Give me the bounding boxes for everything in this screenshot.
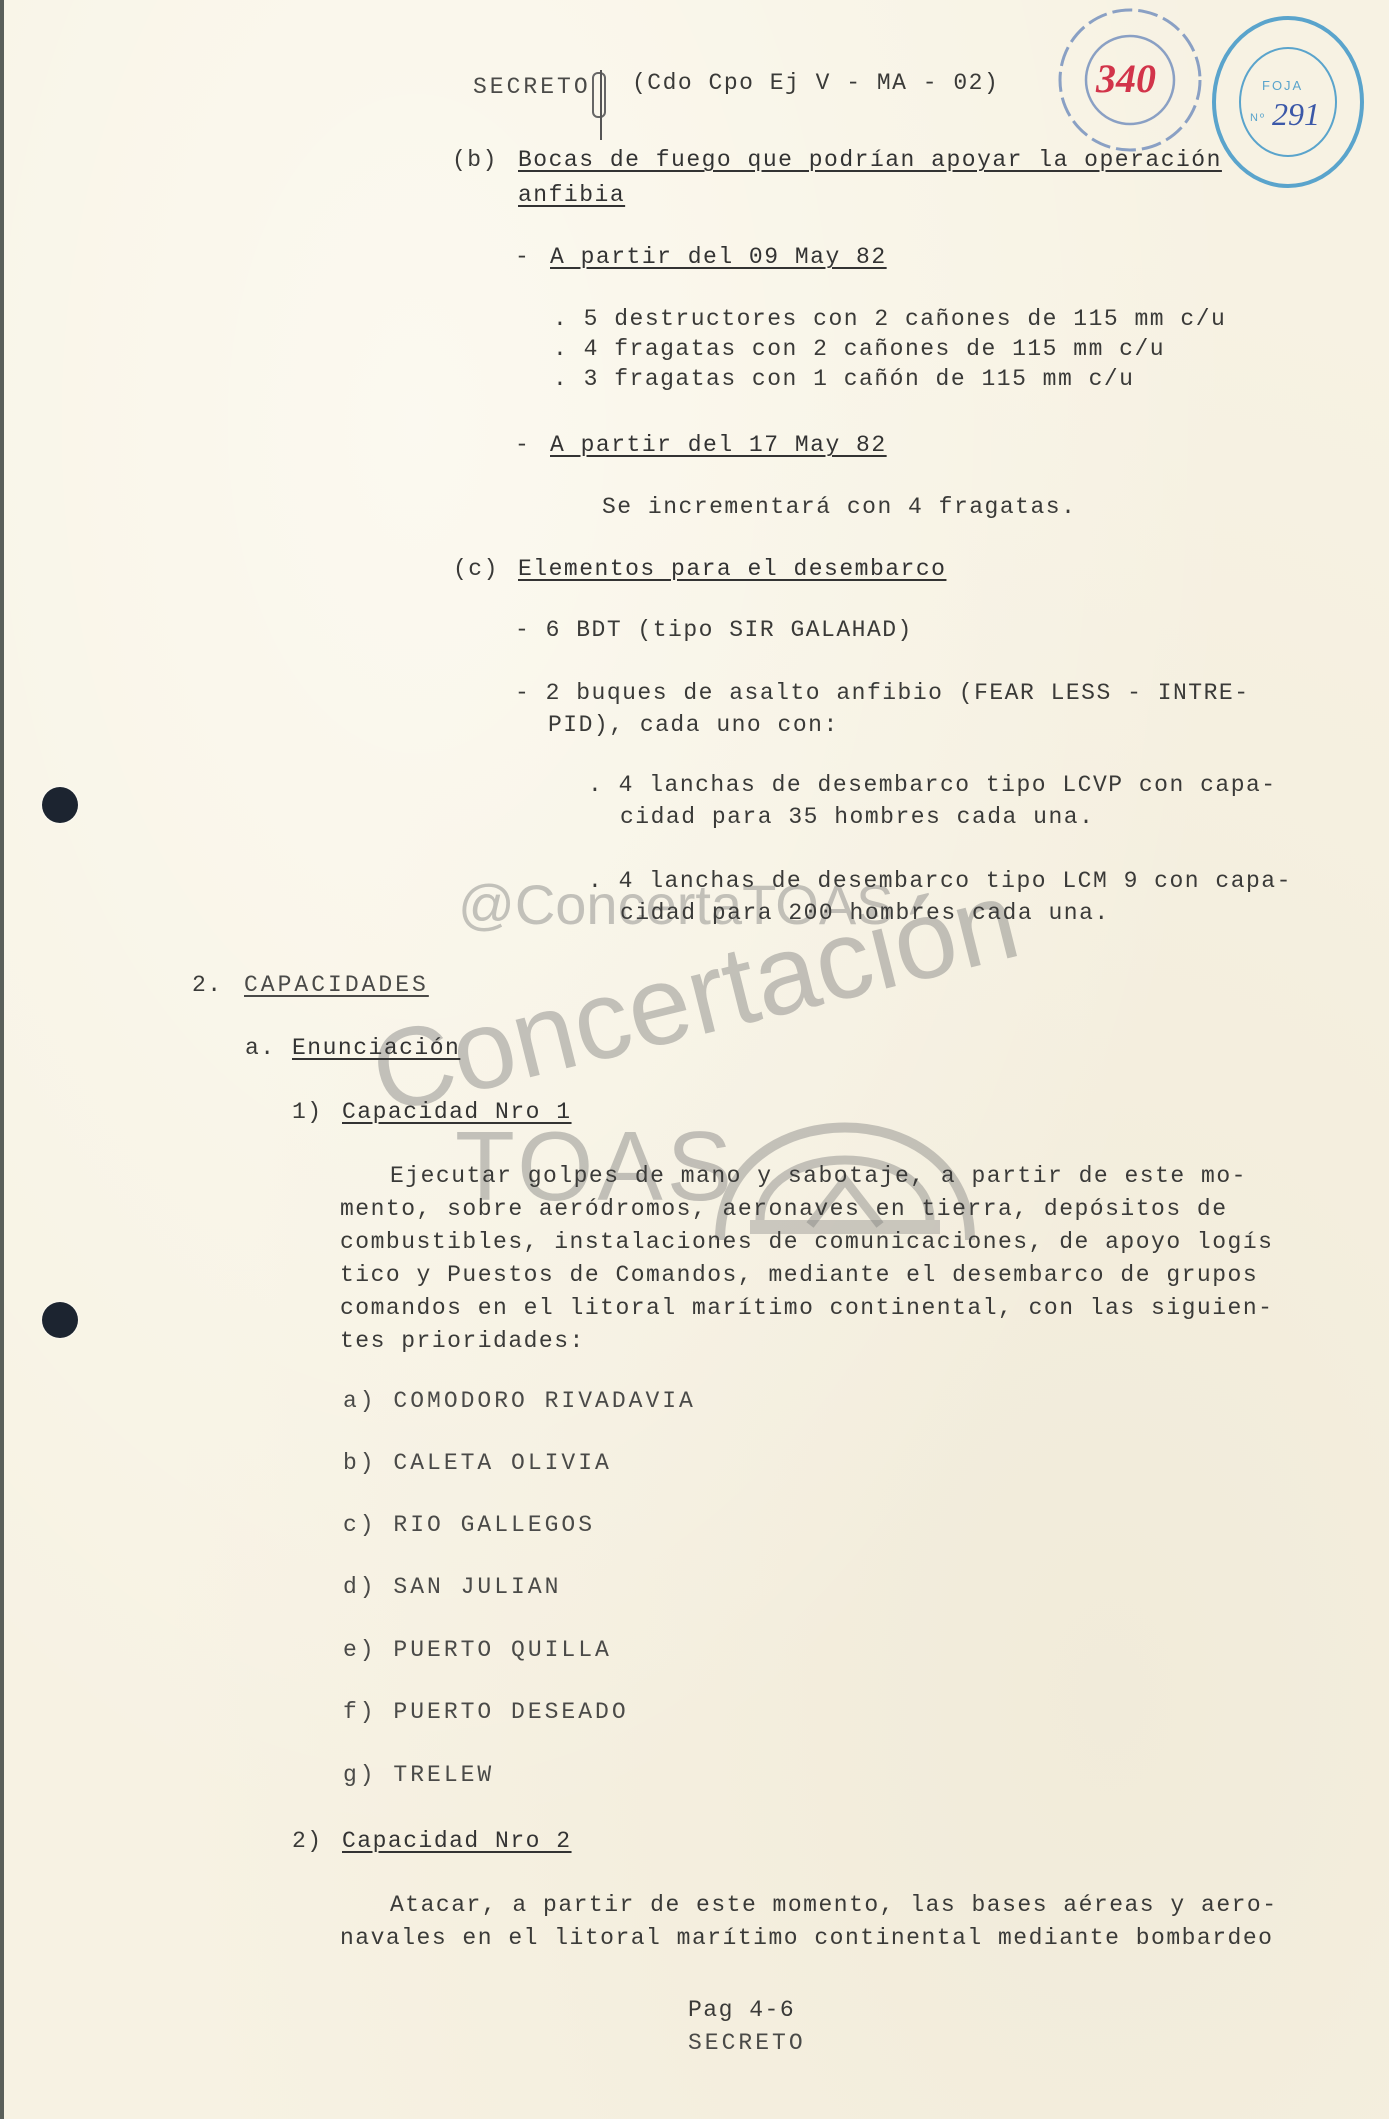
stamp-foja-label: FOJA: [1262, 78, 1303, 93]
section-c-label: (c): [453, 554, 499, 584]
landing-craft-item-cont: cidad para 35 hombres cada una.: [620, 802, 1094, 832]
stamp-red-number: 340: [1096, 55, 1156, 102]
priority-item: d) SAN JULIAN: [343, 1572, 561, 1602]
capacity1-paragraph-line: tico y Puestos de Comandos, mediante el …: [340, 1260, 1258, 1290]
capacity1-paragraph-line: mento, sobre aeródromos, aeronaves en ti…: [340, 1194, 1228, 1224]
capacity2-paragraph-line: Atacar, a partir de este momento, las ba…: [390, 1890, 1278, 1920]
page-number: Pag 4-6: [688, 1995, 795, 2025]
landing-craft-item: . 4 lanchas de desembarco tipo LCVP con …: [588, 770, 1277, 800]
section-2-title: CAPACIDADES: [244, 970, 429, 1000]
capacity2-title: Capacidad Nro 2: [342, 1826, 572, 1856]
page-edge: [0, 0, 4, 2119]
priority-item: e) PUERTO QUILLA: [343, 1635, 612, 1665]
section-2a-title: Enunciación: [292, 1033, 460, 1063]
capacity1-paragraph-line: comandos en el litoral marítimo continen…: [340, 1293, 1273, 1323]
section-b-title: Bocas de fuego que podrían apoyar la ope…: [518, 145, 1222, 175]
punch-hole-icon: [42, 787, 78, 823]
punch-hole-icon: [42, 1302, 78, 1338]
footer-classification: SECRETO: [688, 2028, 806, 2058]
priority-item: c) RIO GALLEGOS: [343, 1510, 595, 1540]
landing-craft-item-cont: cidad para 200 hombres cada una.: [620, 898, 1110, 928]
section-2a-label: a.: [245, 1033, 276, 1063]
section-c-item-cont: PID), cada uno con:: [548, 710, 839, 740]
section-b-title-cont: anfibia: [518, 180, 625, 210]
capacity1-paragraph-line: tes prioridades:: [340, 1326, 585, 1356]
capacity1-title: Capacidad Nro 1: [342, 1097, 572, 1127]
priority-item: b) CALETA OLIVIA: [343, 1448, 612, 1478]
header-classification: SECRETO: [473, 72, 591, 102]
section-c-item: - 2 buques de asalto anfibio (FEAR LESS …: [515, 678, 1250, 708]
capacity1-paragraph-line: combustibles, instalaciones de comunicac…: [340, 1227, 1273, 1257]
capacity2-paragraph-line: navales en el litoral marítimo continent…: [340, 1923, 1273, 1953]
period1-title: A partir del 09 May 82: [550, 242, 887, 272]
period1-item: . 4 fragatas con 2 cañones de 115 mm c/u: [553, 334, 1165, 364]
period2-title: A partir del 17 May 82: [550, 430, 887, 460]
capacity2-label: 2): [292, 1826, 323, 1856]
stamp-foja-prefix: Nº: [1250, 112, 1266, 124]
period1-item: . 3 fragatas con 1 cañón de 115 mm c/u: [553, 364, 1135, 394]
section-2-number: 2.: [192, 970, 223, 1000]
header-reference: (Cdo Cpo Ej V - MA - 02): [632, 68, 999, 98]
capacity1-paragraph-line: Ejecutar golpes de mano y sabotaje, a pa…: [390, 1161, 1247, 1191]
period2-text: Se incrementará con 4 fragatas.: [602, 492, 1076, 522]
margin-line: [600, 70, 602, 140]
margin-mark: [592, 72, 606, 118]
section-c-title: Elementos para el desembarco: [518, 554, 946, 584]
period2-dash: -: [515, 430, 530, 460]
priority-item: g) TRELEW: [343, 1760, 494, 1790]
period1-item: . 5 destructores con 2 cañones de 115 mm…: [553, 304, 1226, 334]
stamp-foja-number: 291: [1272, 96, 1320, 133]
section-c-item: - 6 BDT (tipo SIR GALAHAD): [515, 615, 913, 645]
period1-dash: -: [515, 242, 530, 272]
priority-item: f) PUERTO DESEADO: [343, 1697, 629, 1727]
section-b-label: (b): [452, 145, 498, 175]
priority-item: a) COMODORO RIVADAVIA: [343, 1386, 696, 1416]
capacity1-label: 1): [292, 1097, 323, 1127]
landing-craft-item: . 4 lanchas de desembarco tipo LCM 9 con…: [588, 866, 1292, 896]
